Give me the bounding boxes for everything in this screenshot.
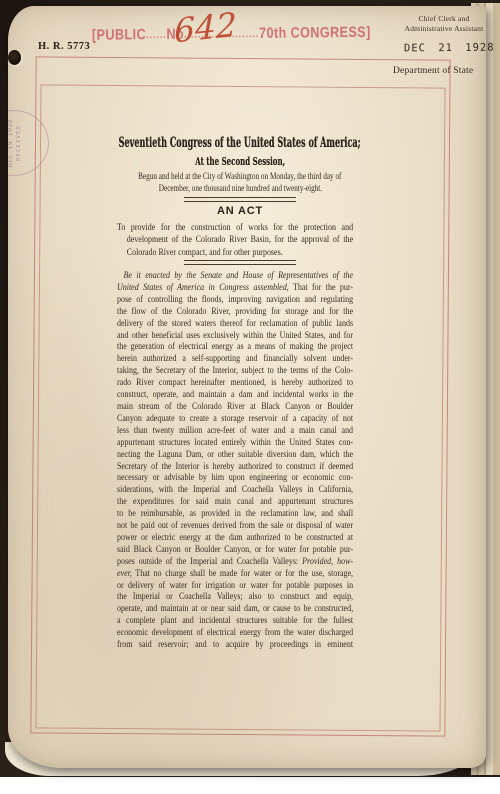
text-line: Be it enacted by the Senate and House of… [117,270,353,282]
text-line: United States of America in Congress ass… [117,282,353,294]
document-photo: DEC 19 1928 RECEIVED H. R. 5773 [PUBLIC.… [0,0,500,794]
text-segment: ever, [117,568,132,579]
chief-clerk-stamp-line1: Chief Clerk and [394,14,494,24]
text-line: the Imperial or Coachella Valleys; also … [117,591,353,603]
text-line: To provide for the construction of works… [117,222,353,234]
public-stamp-suffix: 70th CONGRESS] [259,24,371,42]
handwritten-law-number: 642 [174,5,237,51]
text-line: Secretary of the Interior is hereby auth… [117,461,353,473]
act-heading: AN ACT [38,205,442,217]
session-subtitle-text: At the Second Session, [195,155,285,168]
text-segment: That no charge shall be made for water o… [132,568,353,579]
public-law-stamp: [PUBLIC......No......................70t… [92,23,424,44]
text-line: rado River compact hereinafter mentioned… [117,377,353,389]
public-stamp-dots: ...... [146,29,167,41]
text-line: and other beneficial uses exclusively wi… [117,330,353,342]
text-segment: United States of America in Congress ass… [117,282,289,293]
text-line: said Black Canyon or Boulder Canyon, or … [117,544,353,556]
binding-hole [8,50,21,65]
received-stamp-label: RECEIVED [16,125,22,161]
text-segment: poses outside of the Imperial and Coache… [117,556,302,567]
text-line: the expenditures for said main canal and… [117,496,353,508]
ornamental-rule-top [184,197,296,202]
convened-line-1-text: Begun and held at the City of Washington… [138,172,341,182]
text-line: not be paid out of revenues derived from… [117,520,353,532]
convened-line-1: Begun and held at the City of Washington… [38,172,442,182]
received-stamp-date: DEC 19 1928 [8,119,14,168]
text-line: less than twenty million acre-feet of wa… [117,425,353,437]
text-line: necessary or advisable by him upon engin… [117,472,353,484]
text-line: operate, and maintain at or near said da… [117,603,353,615]
text-line: development of the Colorado River Basin,… [117,234,353,246]
text-line: from said reservoir; and to acquire by p… [117,639,353,651]
text-segment: That for the pur- [289,282,353,293]
department-of-state-label: Department of State [393,66,473,76]
text-line: ever, That no charge shall be made for w… [117,568,353,580]
ornamental-rule-bottom [184,260,296,265]
text-line: economic development of electrical energ… [117,627,353,639]
text-line: main stream of the Colorado River at Bla… [117,401,353,413]
congress-title-text: Seventieth Congress of the United States… [119,135,361,151]
date-received-stamp: DEC 21 1928 [404,42,495,55]
text-line: power or electric energy at the dam auth… [117,532,353,544]
text-line: the flow of the Colorado River, providin… [117,306,353,318]
public-stamp-prefix: [PUBLIC [92,26,146,44]
text-line: Colorado River compact, and for other pu… [117,247,353,259]
act-body-text: Be it enacted by the Senate and House of… [117,270,353,651]
text-segment: Be it enacted by the Senate and House of… [124,270,354,281]
text-line: siderations, with the Imperial and Coach… [117,484,353,496]
bill-number: H. R. 5773 [38,41,90,52]
session-subtitle: At the Second Session, [38,155,442,168]
text-line: construct, operate, and maintain a dam a… [117,389,353,401]
convened-line-2-text: December, one thousand nine hundred and … [158,184,321,194]
act-purpose: To provide for the construction of works… [117,222,353,259]
text-line: taking, the Secretary of the Interior, s… [117,365,353,377]
text-line: a complete plant and incidental structur… [117,615,353,627]
text-line: appurtenant structures located entirely … [117,437,353,449]
chief-clerk-stamp-line2: Administrative Assistant [394,24,494,34]
text-line: Canyon adequate to create a storage rese… [117,413,353,425]
act-heading-text: AN ACT [217,205,263,217]
chief-clerk-stamp: Chief Clerk and Administrative Assistant [394,14,494,34]
text-line: delivery of the stored waters thereof fo… [117,318,353,330]
text-segment: Provided, how- [302,556,353,567]
convened-line-2: December, one thousand nine hundred and … [38,184,442,194]
text-line: necting the Laguna Dam, or other suitabl… [117,449,353,461]
congress-title: Seventieth Congress of the United States… [38,135,442,151]
text-line: or delivery of water for irrigation or w… [117,580,353,592]
text-line: herein authorized a self-supporting and … [117,353,353,365]
text-line: pose of controlling the floods, improvin… [117,294,353,306]
text-line: poses outside of the Imperial and Coache… [117,556,353,568]
text-line: to be reimbursable, as provided in the r… [117,508,353,520]
text-line: the generation of electrical energy as a… [117,341,353,353]
